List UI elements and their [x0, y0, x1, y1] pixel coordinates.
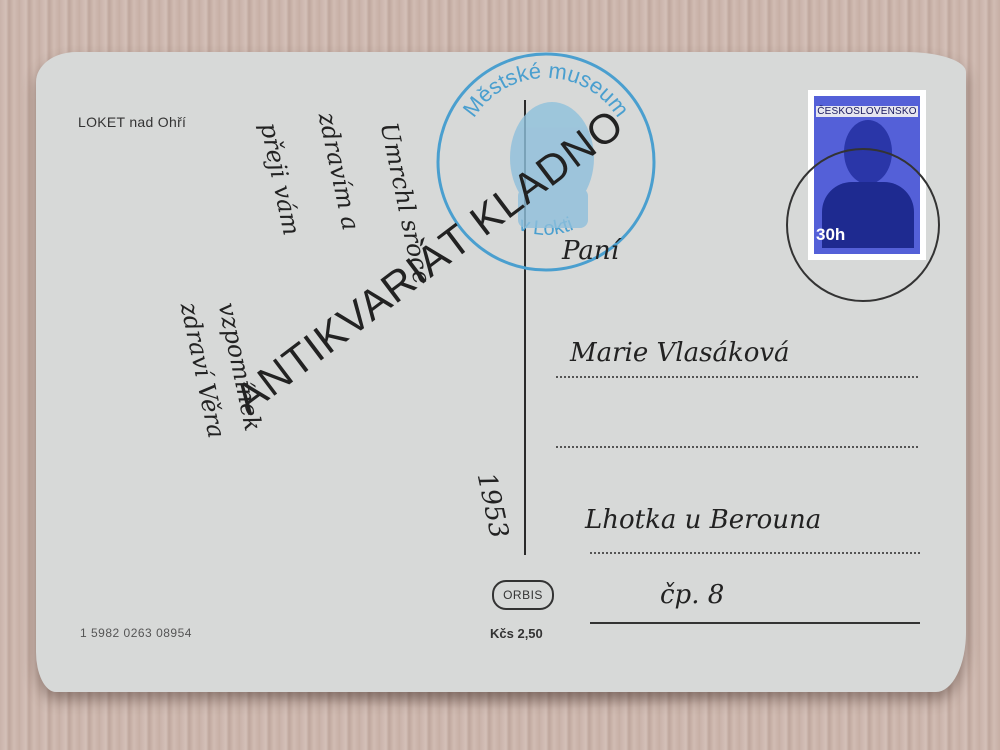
catalog-code: 1 5982 0263 08954 — [80, 626, 192, 640]
address-town: Lhotka u Berouna — [585, 505, 821, 535]
postmark — [786, 148, 940, 302]
price: Kčs 2,50 — [490, 626, 543, 641]
publisher-logo: ORBIS — [492, 580, 554, 610]
address-line-1 — [556, 376, 918, 378]
address-salutation: Paní — [562, 236, 619, 266]
stamp-country: ČESKOSLOVENSKO — [816, 106, 918, 117]
address-line-3 — [590, 552, 920, 554]
address-line-2 — [556, 446, 918, 448]
address-house-number: čp. 8 — [660, 580, 724, 610]
place-caption: LOKET nad Ohří — [78, 114, 186, 130]
address-line-4 — [590, 622, 920, 624]
address-name: Marie Vlasáková — [570, 338, 790, 368]
